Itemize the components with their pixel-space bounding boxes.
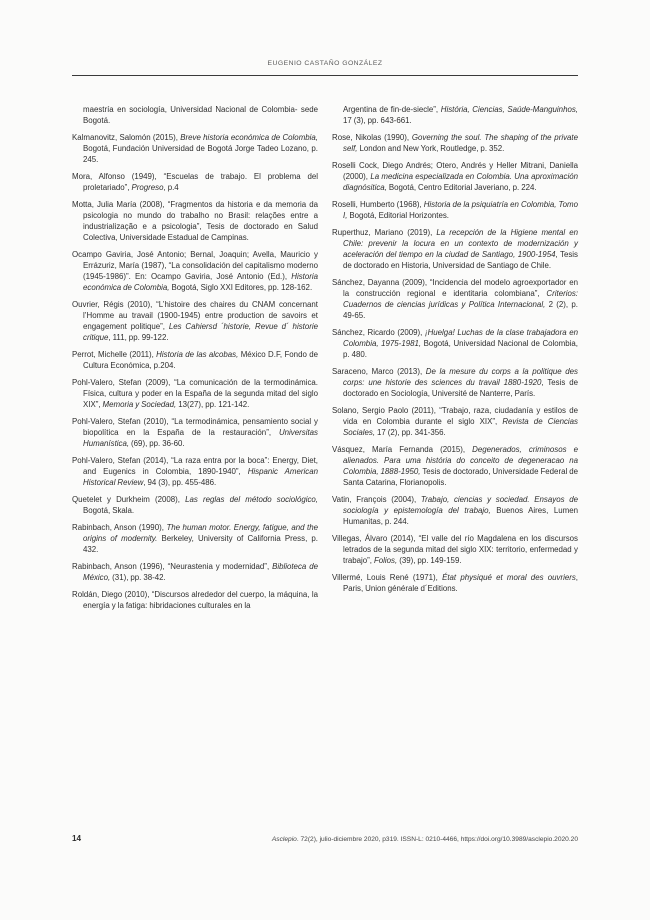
reference-text: maestría en sociología, Universidad Naci… (83, 105, 318, 125)
reference-entry: Saraceno, Marco (2013), De la mesure du … (332, 366, 578, 399)
reference-title-italic: Historia de las alcobas, (156, 350, 238, 359)
reference-title-italic: Breve historia económica de Colombia, (180, 133, 318, 142)
reference-entry: Ouvrier, Régis (2010), “L’histoire des c… (72, 299, 318, 343)
reference-title-italic: Progreso (132, 183, 164, 192)
reference-text: Perrot, Michelle (2011), (72, 350, 156, 359)
reference-text: Mora, Alfonso (1949), “Escuelas de traba… (72, 172, 318, 192)
reference-entry: Rabinbach, Anson (1990), The human motor… (72, 522, 318, 555)
references-column-left: maestría en sociología, Universidad Naci… (72, 104, 318, 617)
reference-text: Sánchez, Ricardo (2009), (332, 328, 425, 337)
reference-entry: Mora, Alfonso (1949), “Escuelas de traba… (72, 171, 318, 193)
reference-title-italic: Folios, (374, 556, 397, 565)
reference-entry: Roldán, Diego (2010), “Discursos alreded… (72, 589, 318, 611)
reference-text: Sánchez, Dayanna (2009), “Incidencia del… (332, 278, 578, 298)
footer-citation: Asclepio. 72(2), julio-diciembre 2020, p… (272, 836, 578, 843)
reference-text: Roselli, Humberto (1968), (332, 200, 424, 209)
header-rule (72, 75, 578, 76)
reference-text: Bogotá, Skala. (83, 506, 134, 515)
reference-entry: Pohl-Valero, Stefan (2010), “La termodin… (72, 416, 318, 449)
reference-text: Bogotá, Siglo XXI Editores, pp. 128-162. (169, 283, 312, 292)
reference-text: (69), pp. 36-60. (129, 439, 185, 448)
reference-text: Bogotá, Centro Editorial Javeriano, p. 2… (387, 183, 537, 192)
reference-text: Ruperthuz, Mariano (2019), (332, 228, 436, 237)
reference-text: Kalmanovitz, Salomón (2015), (72, 133, 180, 142)
reference-entry: maestría en sociología, Universidad Naci… (72, 104, 318, 126)
citation-text: . 72(2), julio-diciembre 2020, p319. ISS… (297, 836, 461, 843)
reference-entry: Vatin, François (2004), Trabajo, ciencia… (332, 494, 578, 527)
running-header: EUGENIO CASTAÑO GONZÁLEZ (72, 60, 578, 67)
reference-entry: Roselli Cock, Diego Andrés; Otero, André… (332, 160, 578, 193)
reference-text: Rose, Nikolas (1990), (332, 133, 412, 142)
reference-text: Rabinbach, Anson (1996), “Neurastenia y … (72, 562, 272, 571)
reference-title-italic: Memoria y Sociedad, (103, 400, 177, 409)
reference-entry: Rose, Nikolas (1990), Governing the soul… (332, 132, 578, 154)
reference-entry: Perrot, Michelle (2011), Historia de las… (72, 349, 318, 371)
reference-text: London and New York, Routledge, p. 352. (357, 144, 504, 153)
reference-text: , 111, pp. 99-122. (108, 333, 168, 342)
reference-entry: Vásquez, María Fernanda (2015), Degenera… (332, 444, 578, 488)
reference-entry: Argentina de fin-de-siecle”, História, C… (332, 104, 578, 126)
reference-text: 17 (2), pp. 341-356. (375, 428, 446, 437)
reference-entry: Sánchez, Dayanna (2009), “Incidencia del… (332, 277, 578, 321)
reference-text: , 94 (3), pp. 455-486. (143, 478, 216, 487)
reference-text: Saraceno, Marco (2013), (332, 367, 426, 376)
reference-entry: Pohl-Valero, Stefan (2014), “La raza ent… (72, 455, 318, 488)
reference-title-italic: Las reglas del método sociológico, (185, 495, 318, 504)
reference-text: (39), pp. 149-159. (397, 556, 461, 565)
reference-text: Roldán, Diego (2010), “Discursos alreded… (72, 590, 318, 610)
references-section: maestría en sociología, Universidad Naci… (72, 104, 578, 617)
reference-entry: Motta, Julia María (2008), “Fragmentos d… (72, 199, 318, 243)
reference-text: Vatin, François (2004), (332, 495, 421, 504)
reference-text: 17 (3), pp. 643-661. (343, 116, 412, 125)
reference-entry: Ruperthuz, Mariano (2019), La recepción … (332, 227, 578, 271)
reference-entry: Sánchez, Ricardo (2009), ¡Huelga! Luchas… (332, 327, 578, 360)
reference-text: Argentina de fin-de-siecle”, (343, 105, 441, 114)
reference-text: Bogotá, Editorial Horizontes. (347, 211, 449, 220)
page-number: 14 (72, 834, 81, 843)
reference-entry: Quetelet y Durkheim (2008), Las reglas d… (72, 494, 318, 516)
reference-text: Motta, Julia María (2008), “Fragmentos d… (72, 200, 318, 242)
reference-entry: Solano, Sergio Paolo (2011), “Trabajo, r… (332, 405, 578, 438)
references-column-right: Argentina de fin-de-siecle”, História, C… (332, 104, 578, 617)
reference-text: Ocampo Gaviria, José Antonio; Bernal, Jo… (72, 250, 318, 281)
page-footer: 14 Asclepio. 72(2), julio-diciembre 2020… (72, 834, 578, 843)
reference-text: Villermé, Louis René (1971), (332, 573, 442, 582)
reference-title-italic: État physiqué et moral des ouvriers (442, 573, 576, 582)
reference-entry: Ocampo Gaviria, José Antonio; Bernal, Jo… (72, 249, 318, 293)
reference-title-italic: História, Ciencias, Saúde-Manguinhos, (441, 105, 578, 114)
doi-link[interactable]: https://doi.org/10.3989/asclepio.2020.20 (461, 836, 578, 843)
journal-name: Asclepio (272, 836, 297, 843)
reference-text: , p.4 (164, 183, 179, 192)
reference-text: 13(27), pp. 121-142. (176, 400, 249, 409)
reference-text: Vásquez, María Fernanda (2015), (332, 445, 472, 454)
reference-entry: Villegas, Álvaro (2014), “El valle del r… (332, 533, 578, 566)
reference-entry: Villermé, Louis René (1971), État physiq… (332, 572, 578, 594)
document-page: EUGENIO CASTAÑO GONZÁLEZ maestría en soc… (0, 0, 650, 920)
reference-entry: Kalmanovitz, Salomón (2015), Breve histo… (72, 132, 318, 165)
reference-entry: Rabinbach, Anson (1996), “Neurastenia y … (72, 561, 318, 583)
reference-text: (31), pp. 38-42. (110, 573, 166, 582)
reference-entry: Pohl-Valero, Stefan (2009), “La comunica… (72, 377, 318, 410)
reference-entry: Roselli, Humberto (1968), Historia de la… (332, 199, 578, 221)
reference-text: Rabinbach, Anson (1990), (72, 523, 166, 532)
reference-text: Quetelet y Durkheim (2008), (72, 495, 185, 504)
reference-text: Bogotá, Fundación Universidad de Bogotá … (83, 144, 318, 164)
